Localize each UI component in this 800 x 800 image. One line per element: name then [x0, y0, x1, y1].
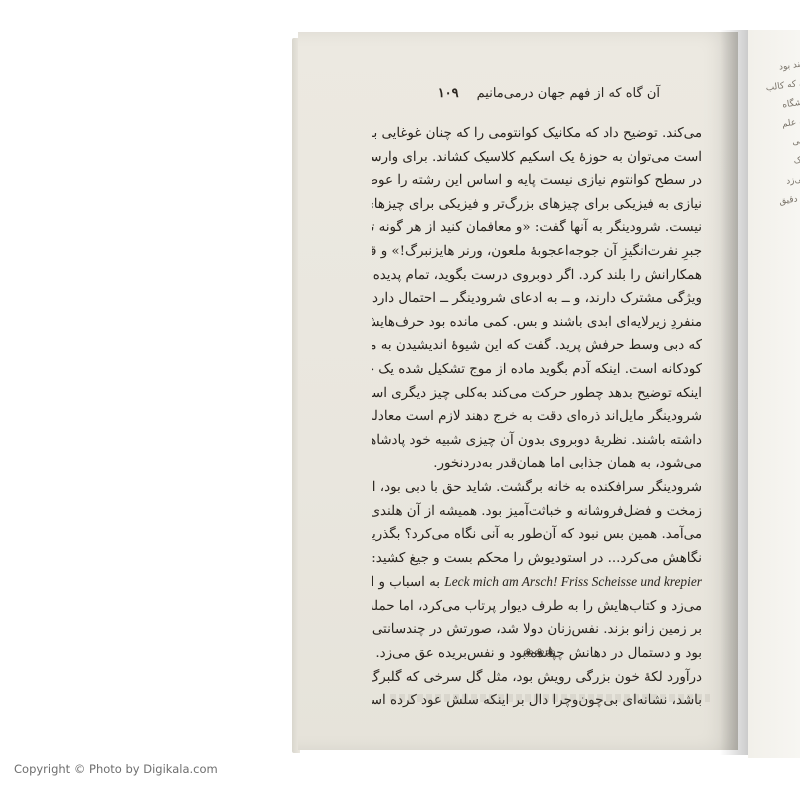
text-line: نگاهش می‌کرد... در استودیوش را محکم بست …	[372, 547, 702, 571]
page-body-text: می‌کند. توضیح داد که مکانیک کوانتومی را …	[372, 122, 702, 713]
text-line: که دبی وسط حرفش پرید. گفت که این شیوهٔ ا…	[372, 334, 702, 358]
text-line: ویژگی مشترک دارند، و ــ به ادعای شرودینگ…	[372, 287, 702, 311]
text-fragment: به اسباب و اثاثیه لگد	[372, 575, 440, 590]
gutter-shadow	[720, 30, 750, 755]
text-line: کودکانه است. اینکه آدم بگوید ماده از موج…	[372, 358, 702, 382]
text-line: در سطح کوانتوم نیازی نیست پایه و اساس ای…	[372, 169, 702, 193]
text-line: شرودینگر سرافکنده به خانه برگشت. شاید حق…	[372, 476, 702, 500]
section-separator: ❀❀❀	[510, 646, 570, 660]
text-line: بر زمین زانو بزند. نفس‌زنان دولا شد، صور…	[372, 618, 702, 642]
text-line: نیست. شرودینگر به آنها گفت: «و معافمان ک…	[372, 216, 702, 240]
text-line: می‌کند. توضیح داد که مکانیک کوانتومی را …	[372, 122, 702, 146]
text-line: اینکه توضیح بدهد چطور حرکت می‌کند به‌کلی…	[372, 382, 702, 406]
running-header-title: آن گاه که از فهم جهان درمی‌مانیم	[477, 86, 660, 101]
text-line: نیازی به فیزیکی برای چیزهای بزرگ‌تر و فی…	[372, 193, 702, 217]
right-page: دینگر خردمند بود ت موشکری که کالب با هم …	[748, 30, 800, 758]
text-line: می‌آمد. همین بس نبود که آن‌طور به آنی نگ…	[372, 523, 702, 547]
text-line: منفردِ زیرلایه‌ای ابدی باشند و بس. کمی م…	[372, 311, 702, 335]
copyright-watermark: Copyright © Photo by Digikala.com	[14, 762, 218, 776]
german-quote: Leck mich am Arsch! Friss Scheisse und k…	[444, 574, 702, 589]
text-line: می‌زد و کتاب‌هایش را به طرف دیوار پرتاب …	[372, 595, 702, 619]
text-line: همکارانش را بلند کرد. اگر دوبروی درست بگ…	[372, 264, 702, 288]
right-page-text: دینگر خردمند بود ت موشکری که کالب با هم …	[748, 50, 800, 575]
show-through-text	[390, 694, 710, 702]
text-line: درآورد لکهٔ خون بزرگی رویش بود، مثل گل س…	[372, 666, 702, 690]
text-line: داشته باشند. نظریهٔ دوبروی بدون آن چیزی …	[372, 429, 702, 453]
text-line: است می‌توان به حوزهٔ یک اسکیم کلاسیک کشا…	[372, 146, 702, 170]
running-header: آن گاه که از فهم جهان درمی‌مانیم ۱۰۹	[370, 86, 660, 101]
text-line: زمخت و فضل‌فروشانه و خباثت‌آمیز بود. همی…	[372, 500, 702, 524]
text-line: شرودینگر مایل‌اند ذره‌ای دقت به خرج دهند…	[372, 405, 702, 429]
text-line-with-german: Leck mich am Arsch! Friss Scheisse und k…	[372, 570, 702, 595]
text-line: جبرِ نفرت‌انگیزِ آن جوجه‌اعجوبهٔ ملعون، …	[372, 240, 702, 264]
text-line: می‌شود، به همان جذابی اما همان‌قدر به‌در…	[372, 452, 702, 476]
page-number: ۱۰۹	[438, 86, 459, 101]
